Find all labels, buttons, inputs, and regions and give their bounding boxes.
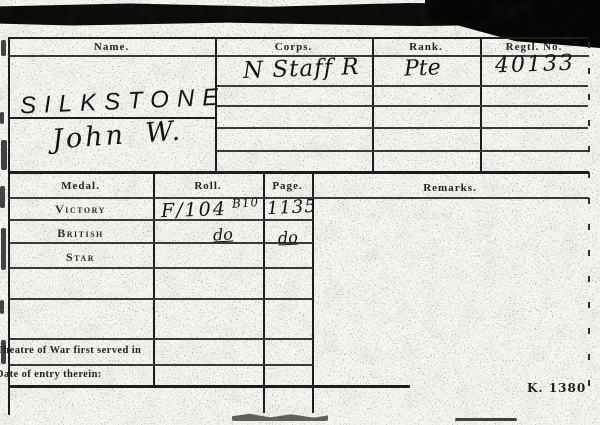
- rank-value: Pte: [404, 57, 441, 80]
- scan-smudge-bottom: [232, 413, 328, 421]
- card-right-border-dashed: [588, 42, 590, 402]
- british-page-ditto: do: [278, 229, 299, 246]
- medal-row-star: Star: [8, 250, 153, 265]
- theatre-of-war-label: Theatre of War first served in: [0, 345, 141, 356]
- card-top-border: [8, 37, 589, 39]
- table-bottom-border: [8, 385, 410, 388]
- writing-line: [217, 85, 588, 87]
- medal-row-victory: Victory: [8, 202, 153, 217]
- victory-page-value: 1135: [267, 198, 318, 219]
- remarks-value: [318, 205, 583, 375]
- roll-column-header: Roll.: [153, 180, 263, 192]
- scan-smudge-bottom: [455, 418, 517, 421]
- row-line: [9, 298, 313, 300]
- writing-line: [217, 105, 588, 107]
- medal-roll-divider: [153, 174, 155, 386]
- scan-smudge: [0, 300, 4, 314]
- scan-smudge: [1, 228, 6, 270]
- roll-page-divider: [263, 174, 265, 413]
- scan-smudge: [1, 40, 6, 56]
- rank-column-header: Rank.: [372, 41, 480, 53]
- date-of-entry-label: Date of entry therein:: [0, 369, 102, 380]
- medal-index-card-scan: Name. Corps. Rank. Regtl. No. SILKSTONE …: [0, 0, 600, 425]
- regtl-no-value: 40133: [495, 53, 576, 78]
- corps-value: N Staff R: [243, 56, 361, 83]
- surname-value: SILKSTONE: [20, 86, 227, 119]
- writing-line: [217, 150, 588, 152]
- row-line: [9, 338, 313, 340]
- scan-smudge: [0, 112, 4, 124]
- writing-line: [217, 127, 588, 129]
- reference-stamp: K. 1380: [527, 381, 586, 395]
- medal-row-british: British: [8, 226, 153, 241]
- name-column-header: Name.: [8, 41, 215, 53]
- row-line: [9, 364, 313, 366]
- row-line: [9, 267, 313, 269]
- british-roll-ditto: do: [213, 226, 234, 243]
- row-line: [9, 242, 313, 244]
- victory-roll-value: F/104: [161, 200, 227, 221]
- remarks-column-header: Remarks.: [312, 182, 588, 194]
- forename-value: John W.: [51, 117, 184, 153]
- victory-roll-annex-value: B10: [232, 196, 260, 210]
- corps-column-header: Corps.: [215, 41, 372, 53]
- medal-column-header: Medal.: [8, 180, 153, 192]
- scan-smudge: [1, 140, 7, 170]
- section-divider: [8, 171, 589, 174]
- scan-smudge: [0, 186, 5, 208]
- scan-smudge: [1, 340, 6, 364]
- page-column-header: Page.: [263, 180, 312, 192]
